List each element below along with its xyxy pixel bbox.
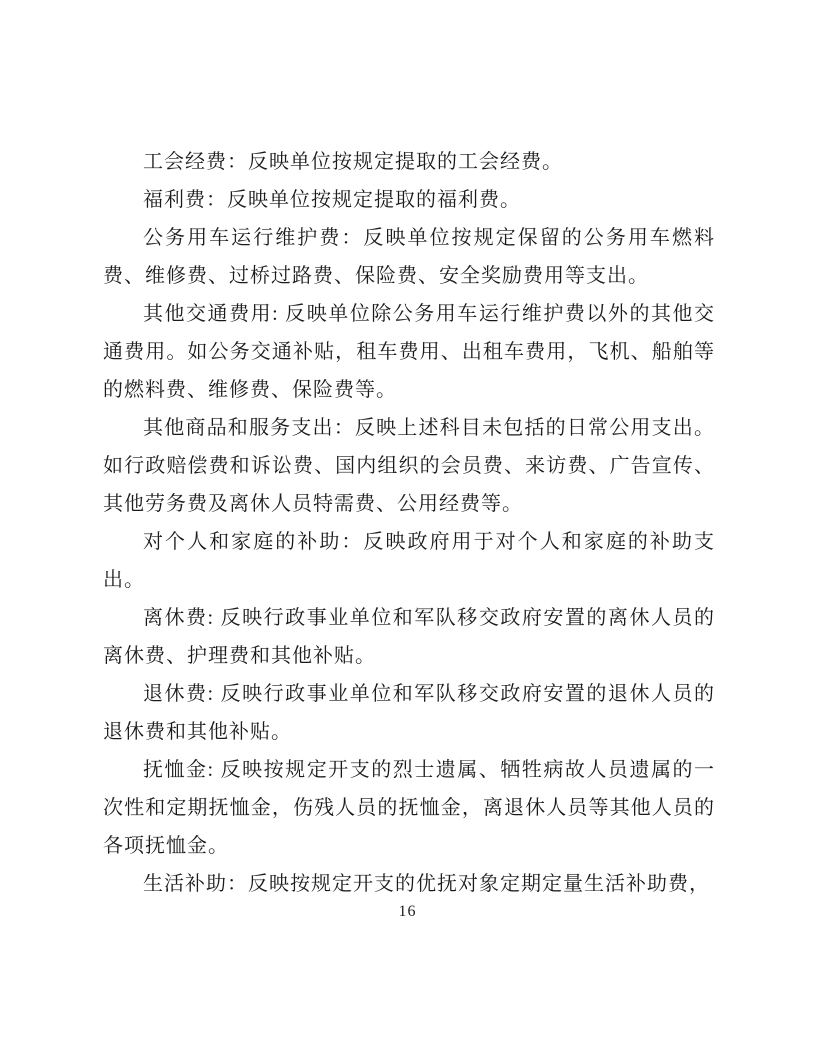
paragraph-official-vehicle: 公务用车运行维护费：反映单位按规定保留的公务用车燃料费、维修费、过桥过路费、保险…	[103, 219, 715, 295]
paragraph-lixiu-fee: 离休费: 反映行政事业单位和军队移交政府安置的离休人员的离休费、护理费和其他补贴…	[103, 599, 715, 675]
paragraph-union-funds: 工会经费：反映单位按规定提取的工会经费。	[103, 143, 715, 181]
document-page: 工会经费：反映单位按规定提取的工会经费。 福利费：反映单位按规定提取的福利费。 …	[0, 0, 815, 1055]
paragraph-other-transport: 其他交通费用: 反映单位除公务用车运行维护费以外的其他交通费用。如公务交通补贴，…	[103, 295, 715, 409]
paragraph-pension: 抚恤金: 反映按规定开支的烈士遗属、牺牲病故人员遗属的一次性和定期抚恤金，伤残人…	[103, 751, 715, 865]
page-number: 16	[0, 903, 815, 921]
paragraph-welfare-fee: 福利费：反映单位按规定提取的福利费。	[103, 181, 715, 219]
paragraph-individual-family-subsidy: 对个人和家庭的补助：反映政府用于对个人和家庭的补助支出。	[103, 523, 715, 599]
paragraph-retirement-fee: 退休费: 反映行政事业单位和军队移交政府安置的退休人员的退休费和其他补贴。	[103, 675, 715, 751]
paragraph-living-allowance: 生活补助：反映按规定开支的优抚对象定期定量生活补助费，	[103, 865, 715, 903]
paragraph-other-goods-services: 其他商品和服务支出：反映上述科目未包括的日常公用支出。如行政赔偿费和诉讼费、国内…	[103, 409, 715, 523]
text-block: 工会经费：反映单位按规定提取的工会经费。 福利费：反映单位按规定提取的福利费。 …	[103, 143, 715, 903]
